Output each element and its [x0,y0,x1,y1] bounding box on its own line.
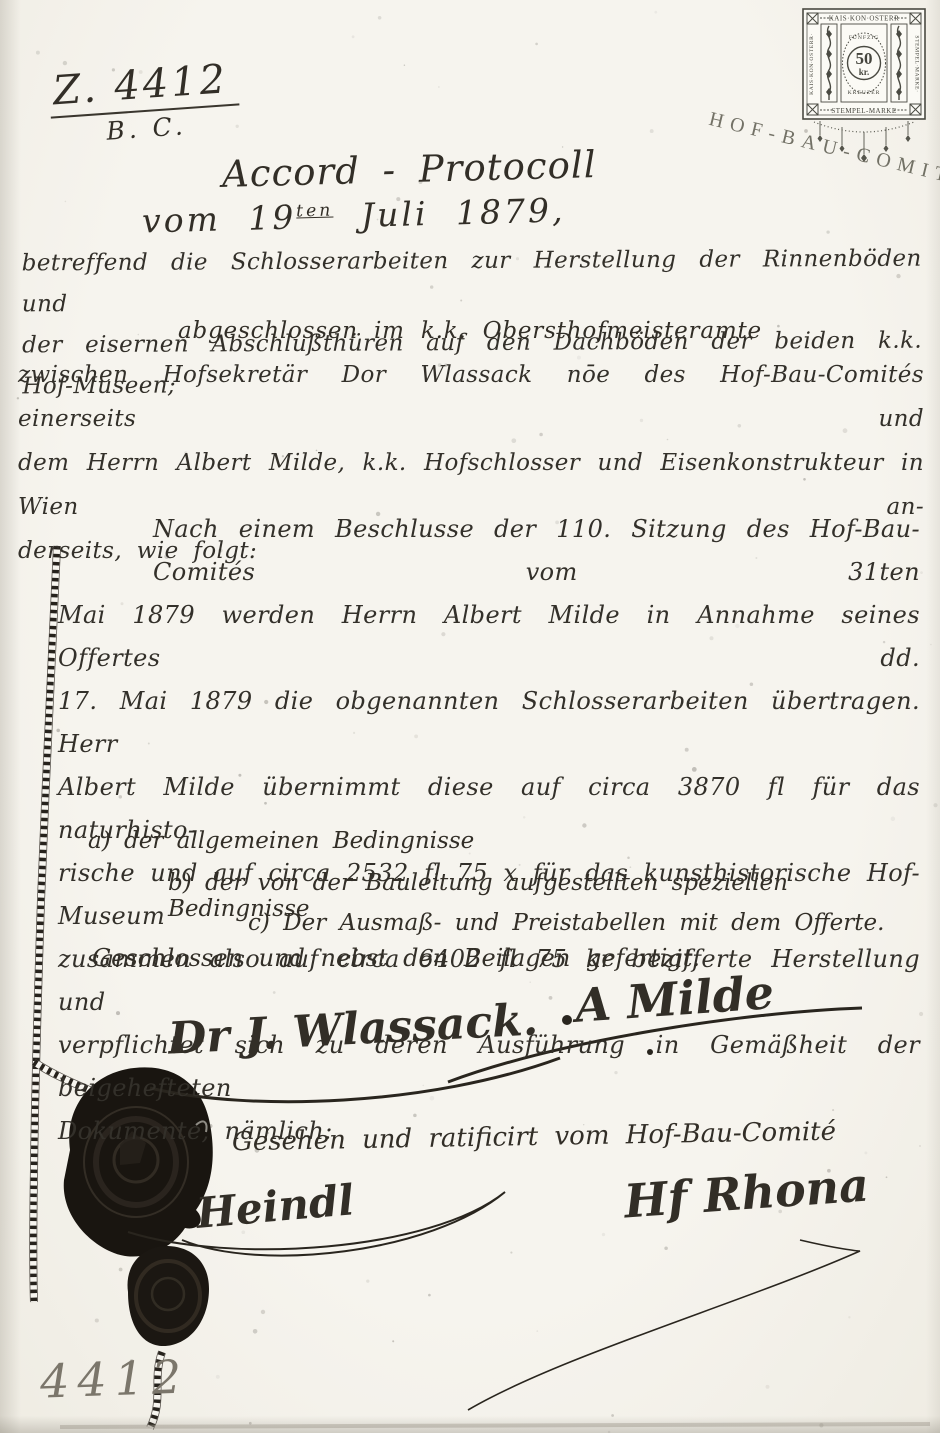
document-page: Z. 4412 B. C. KAIS·KON·OSTERR STEMPEL-MA… [0,0,940,1433]
wax-seal-small [128,1246,209,1346]
reference-block: Z. 4412 B. C. [47,55,242,149]
stamp-right-label: STEMPEL·MARKE· [914,35,920,92]
stamp-value-word: FÜNFZIG [849,34,880,41]
list-item-c: c) Der Ausmaß- und Preistabellen mit dem… [248,910,884,936]
stamp-currency-word: KREUZER [848,90,881,96]
date-pre: vom 19 [142,198,297,241]
handwritten-line: Nach einem Beschlusse der 110. Sitzung d… [58,508,920,594]
stamp-unit: kr. [859,67,869,77]
handwritten-line: 17. Mai 1879 die obgenannten Schlosserar… [58,680,920,766]
closing-line: Geschlossen und nebst den Beilagen gefer… [92,944,700,972]
scan-edge-streak [60,1424,930,1427]
venue-line: abgeschlossen im k.k. Obersthofmeisteram… [178,318,762,344]
handwritten-line: zwischen Hofsekretär Dor Wlassack nōe de… [18,353,924,441]
handwritten-line: Mai 1879 werden Herrn Albert Milde in An… [58,594,920,680]
list-item-a: a) der allgemeinen Bedingnisse [88,828,474,854]
stamp-top-label: KAIS·KON·OSTERR [829,15,900,23]
date-ordinal: ten [296,201,334,222]
stamp-left-label: KAIS·KON·OSTERR· [809,33,815,95]
date-post: Juli 1879, [333,190,566,235]
stamp-value: 50 [856,49,873,68]
handwritten-line: betreffend die Schlosserarbeiten zur Her… [22,239,922,326]
stamp-bottom-label: STEMPEL-MARKE [831,107,896,115]
pencil-archive-number: 4412 [39,1349,190,1408]
